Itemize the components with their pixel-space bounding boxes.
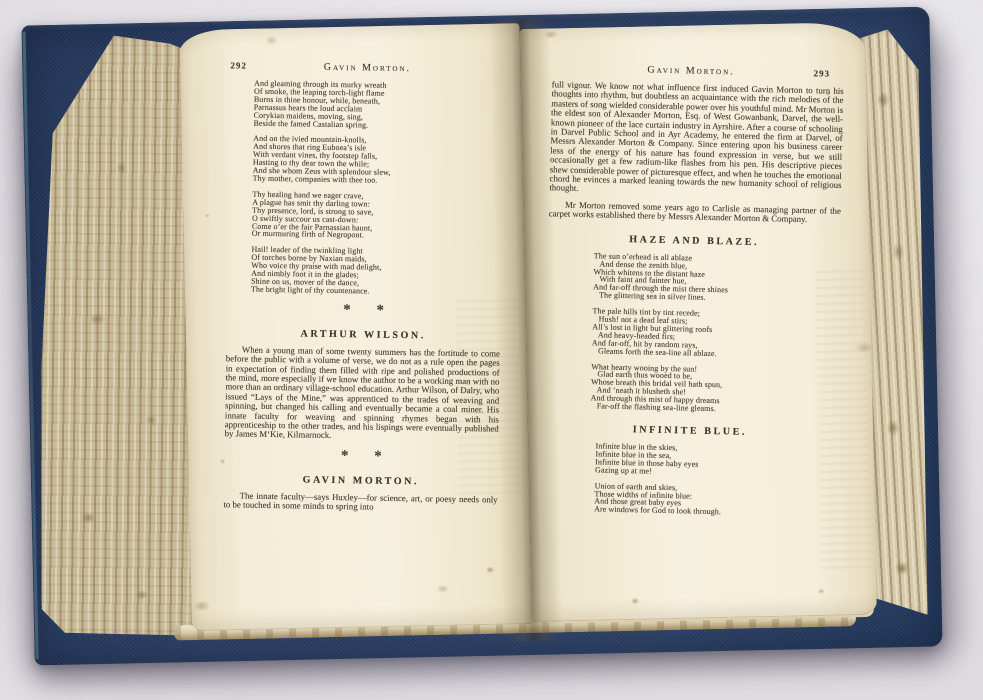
section-title-gavin-morton: GAVIN MORTON.	[224, 473, 498, 488]
left-page-number: 292	[230, 60, 264, 71]
poem-stanza: Union of earth and skies, Those widths o…	[594, 482, 835, 519]
left-running-header: Gavin Morton.	[264, 61, 470, 75]
asterisk-divider: * *	[227, 302, 501, 318]
right-page-text: Gavin Morton. 293 full vigour. We know n…	[542, 62, 844, 519]
asterisk-divider: * *	[224, 448, 498, 464]
poem-stanza: The pale hills tint by tint recede; Hush…	[592, 307, 839, 360]
gavin-morton-paragraph-continued: full vigour. We know not what influence …	[549, 80, 843, 199]
poem-stanza: And gleaming through its murky wreath Of…	[253, 80, 504, 131]
poem-stanza: The sun o’erhead is all ablaze And dense…	[593, 252, 840, 305]
open-book: 292 Gavin Morton. And gleaming through i…	[21, 7, 942, 666]
right-page-number: 293	[796, 68, 844, 79]
arthur-wilson-paragraph: When a young man of some twenty summers …	[225, 345, 500, 443]
poem-title-infinite-blue: INFINITE BLUE.	[544, 422, 836, 440]
poem-stanza: Infinite blue in the skies, Infinite blu…	[595, 442, 836, 479]
book-photo: 292 Gavin Morton. And gleaming through i…	[0, 0, 983, 700]
poem-stanza: What hearty wooing by the sun! Glad eart…	[590, 363, 837, 416]
section-title-arthur-wilson: ARTHUR WILSON.	[226, 327, 500, 342]
header-spacer	[470, 72, 504, 73]
poem-stanza: Thy healing hand we eager crave, A plagu…	[252, 191, 503, 242]
left-page-text: 292 Gavin Morton. And gleaming through i…	[223, 60, 504, 514]
poem-title-haze-and-blaze: HAZE AND BLAZE.	[548, 232, 840, 250]
gavin-morton-paragraph-2: Mr Morton removed some years ago to Carl…	[549, 200, 841, 225]
poem-stanza: Hail! leader of the twinkling light Of t…	[251, 246, 502, 297]
poem-stanza: And on the ivied mountain-knolls, And sh…	[253, 135, 504, 186]
header-spacer	[552, 70, 586, 71]
